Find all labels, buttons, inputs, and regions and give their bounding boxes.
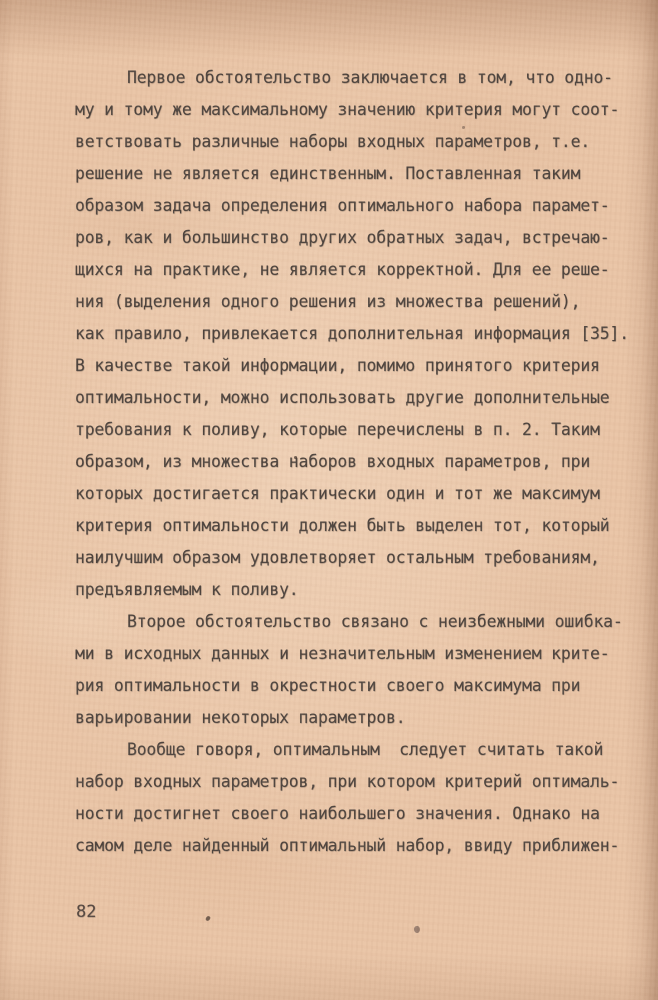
- text-line: предъявляемым к поливу.: [75, 574, 637, 606]
- text-line: рия оптимальности в окрестности своего м…: [75, 670, 637, 702]
- text-line: ветствовать различные наборы входных пар…: [75, 126, 637, 158]
- text-line: набор входных параметров, при котором кр…: [75, 766, 637, 798]
- text-line: образом, из множества наборов входных па…: [75, 446, 637, 478]
- text-line: Вообще говоря, оптимальным следует счита…: [75, 734, 637, 766]
- text-line: самом деле найденный оптимальный набор, …: [75, 830, 637, 862]
- text-line: Второе обстоятельство связано с неизбежн…: [75, 606, 637, 638]
- page-number: 82: [76, 896, 96, 928]
- text-line: решение не является единственным. Постав…: [75, 158, 637, 190]
- ink-speck: [413, 925, 421, 933]
- text-line: оптимальности, можно использовать другие…: [75, 382, 637, 414]
- text-line: варьировании некоторых параметров.: [75, 702, 637, 734]
- text-line: ности достигнет своего наибольшего значе…: [75, 798, 637, 830]
- text-line: критерия оптимальности должен быть выдел…: [75, 510, 637, 542]
- paragraph-3: Вообще говоря, оптимальным следует счита…: [75, 734, 637, 862]
- ink-speck: [205, 915, 211, 921]
- text-line: образом задача определения оптимального …: [75, 190, 637, 222]
- text-line: щихся на практике, не является корректно…: [75, 254, 637, 286]
- text-line: как правило, привлекается дополнительная…: [75, 318, 637, 350]
- text-line: ров, как и большинство других обратных з…: [75, 222, 637, 254]
- text-line: которых достигается практически один и т…: [75, 478, 637, 510]
- text-line: Первое обстоятельство заключается в том,…: [75, 62, 637, 94]
- book-page: Первое обстоятельство заключается в том,…: [0, 0, 658, 1000]
- text-line: ния (выделения одного решения из множест…: [75, 286, 637, 318]
- text-line: наилучшим образом удовлетворяет остальны…: [75, 542, 637, 574]
- text-line: му и тому же максимальному значению крит…: [75, 94, 637, 126]
- paragraph-1: Первое обстоятельство заключается в том,…: [75, 62, 637, 606]
- paragraph-2: Второе обстоятельство связано с неизбежн…: [75, 606, 637, 734]
- page-text: Первое обстоятельство заключается в том,…: [75, 62, 637, 862]
- text-line: требования к поливу, которые перечислены…: [75, 414, 637, 446]
- text-line: ми в исходных данных и незначительным из…: [75, 638, 637, 670]
- text-line: В качестве такой информации, помимо прин…: [75, 350, 637, 382]
